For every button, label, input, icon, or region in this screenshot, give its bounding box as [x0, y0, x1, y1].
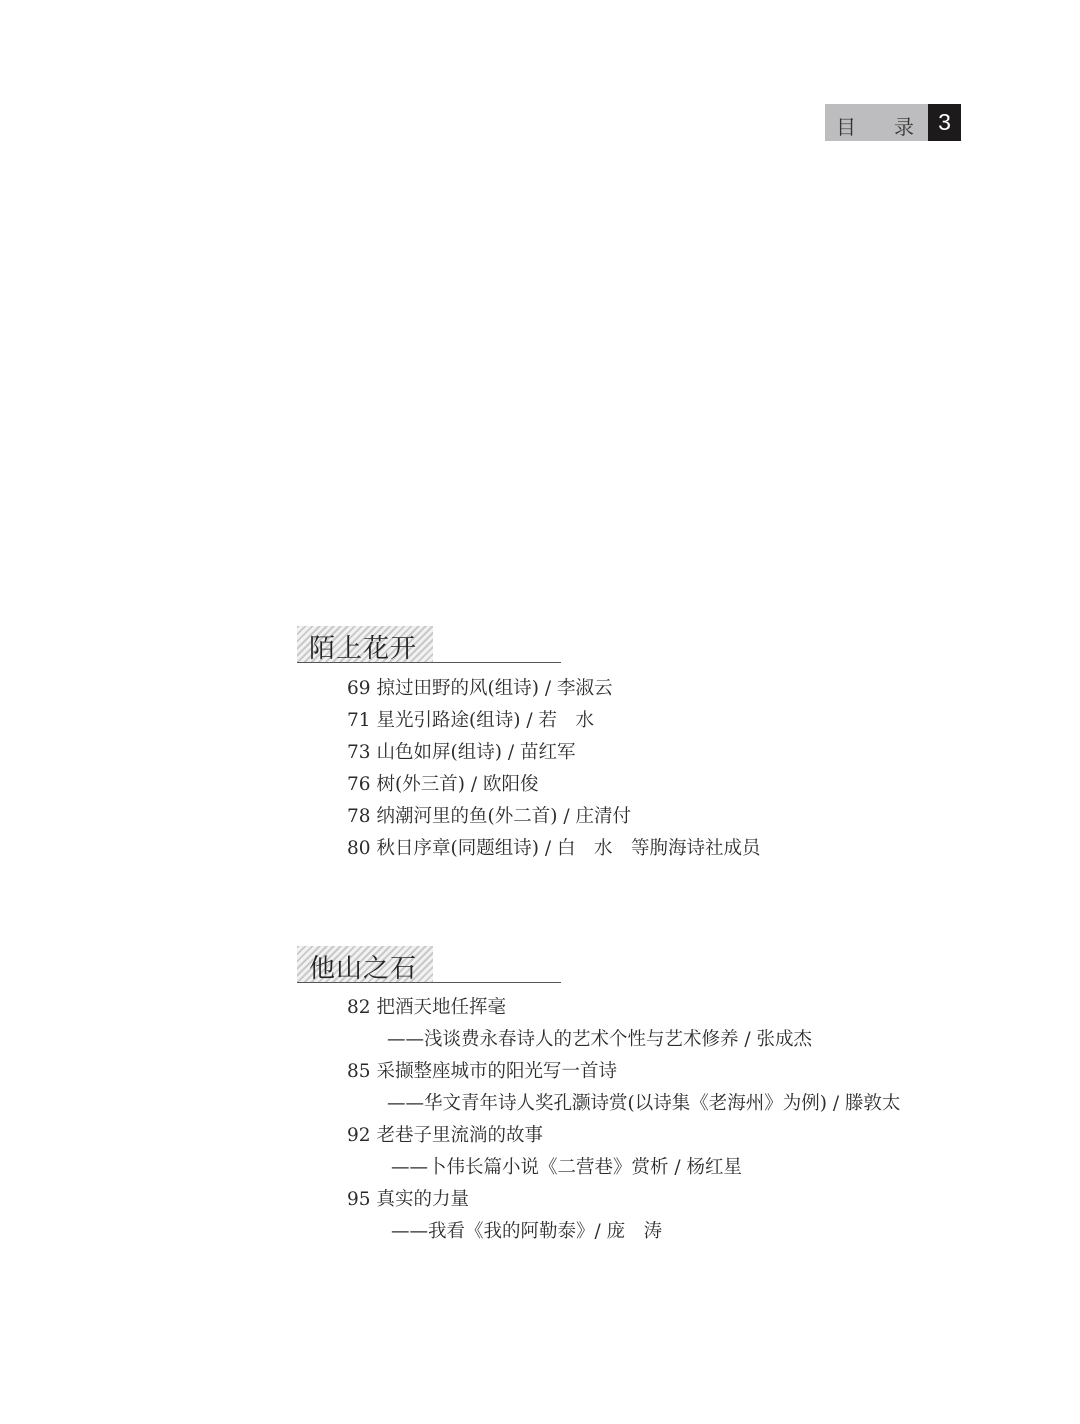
entry-subtitle[interactable]: ——浅谈费永春诗人的艺术个性与艺术修养 / 张成杰 [347, 1024, 937, 1056]
entry-subtitle[interactable]: ——卜伟长篇小说《二营巷》赏析 / 杨红星 [347, 1152, 937, 1184]
toc-label-char-1: 目 [836, 111, 856, 140]
entry-title: 树(外三首) / 欧阳俊 [377, 774, 539, 795]
entry-page-number: 85 [347, 1061, 371, 1082]
toc-page-header: 目 录 3 [825, 104, 961, 141]
entry-page-number: 76 [347, 774, 371, 795]
entry-page-number: 92 [347, 1125, 371, 1146]
entry-subtitle[interactable]: ——华文青年诗人奖孔灏诗赏(以诗集《老海州》为例) / 滕敦太 [347, 1088, 937, 1120]
toc-entry[interactable]: 95真实的力量 [347, 1184, 937, 1216]
section-header: 陌上花开 [297, 626, 937, 666]
section-header: 他山之石 [297, 946, 937, 986]
entry-list: 82把酒天地任挥毫 ——浅谈费永春诗人的艺术个性与艺术修养 / 张成杰 85采撷… [297, 992, 937, 1248]
toc-entry[interactable]: 78纳潮河里的鱼(外二首) / 庄清付 [347, 801, 937, 833]
entry-title: 掠过田野的风(组诗) / 李淑云 [377, 678, 613, 699]
entry-page-number: 82 [347, 997, 371, 1018]
toc-entry[interactable]: 71星光引路途(组诗) / 若 水 [347, 705, 937, 737]
entry-title: 老巷子里流淌的故事 [377, 1125, 544, 1146]
toc-entry[interactable]: 85采撷整座城市的阳光写一首诗 [347, 1056, 937, 1088]
entry-page-number: 73 [347, 742, 371, 763]
entry-title: 星光引路途(组诗) / 若 水 [377, 710, 594, 731]
section-title: 他山之石 [309, 948, 417, 985]
entry-title: 真实的力量 [377, 1189, 470, 1210]
toc-label: 目 录 [825, 104, 928, 141]
page-number: 3 [928, 104, 961, 141]
toc-entry[interactable]: 92老巷子里流淌的故事 [347, 1120, 937, 1152]
entry-page-number: 95 [347, 1189, 371, 1210]
toc-label-char-2: 录 [894, 111, 914, 140]
entry-title: 秋日序章(同题组诗) / 白 水 等朐海诗社成员 [377, 838, 761, 859]
entry-page-number: 80 [347, 838, 371, 859]
toc-entry[interactable]: 76树(外三首) / 欧阳俊 [347, 769, 937, 801]
entry-page-number: 69 [347, 678, 371, 699]
entry-title: 纳潮河里的鱼(外二首) / 庄清付 [377, 806, 631, 827]
section-tashan-zhishi: 他山之石 82把酒天地任挥毫 ——浅谈费永春诗人的艺术个性与艺术修养 / 张成杰… [297, 946, 937, 1248]
entry-page-number: 78 [347, 806, 371, 827]
section-divider [297, 982, 561, 983]
toc-entry[interactable]: 80秋日序章(同题组诗) / 白 水 等朐海诗社成员 [347, 833, 937, 865]
entry-list: 69掠过田野的风(组诗) / 李淑云 71星光引路途(组诗) / 若 水 73山… [297, 673, 937, 865]
section-divider [297, 662, 561, 663]
section-moshang-huakai: 陌上花开 69掠过田野的风(组诗) / 李淑云 71星光引路途(组诗) / 若 … [297, 626, 937, 865]
section-title: 陌上花开 [309, 628, 417, 665]
entry-title: 把酒天地任挥毫 [377, 997, 507, 1018]
entry-page-number: 71 [347, 710, 371, 731]
toc-entry[interactable]: 82把酒天地任挥毫 [347, 992, 937, 1024]
entry-title: 采撷整座城市的阳光写一首诗 [377, 1061, 618, 1082]
entry-subtitle[interactable]: ——我看《我的阿勒泰》/ 庞 涛 [347, 1216, 937, 1248]
entry-title: 山色如屏(组诗) / 苗红军 [377, 742, 576, 763]
toc-entry[interactable]: 73山色如屏(组诗) / 苗红军 [347, 737, 937, 769]
toc-entry[interactable]: 69掠过田野的风(组诗) / 李淑云 [347, 673, 937, 705]
